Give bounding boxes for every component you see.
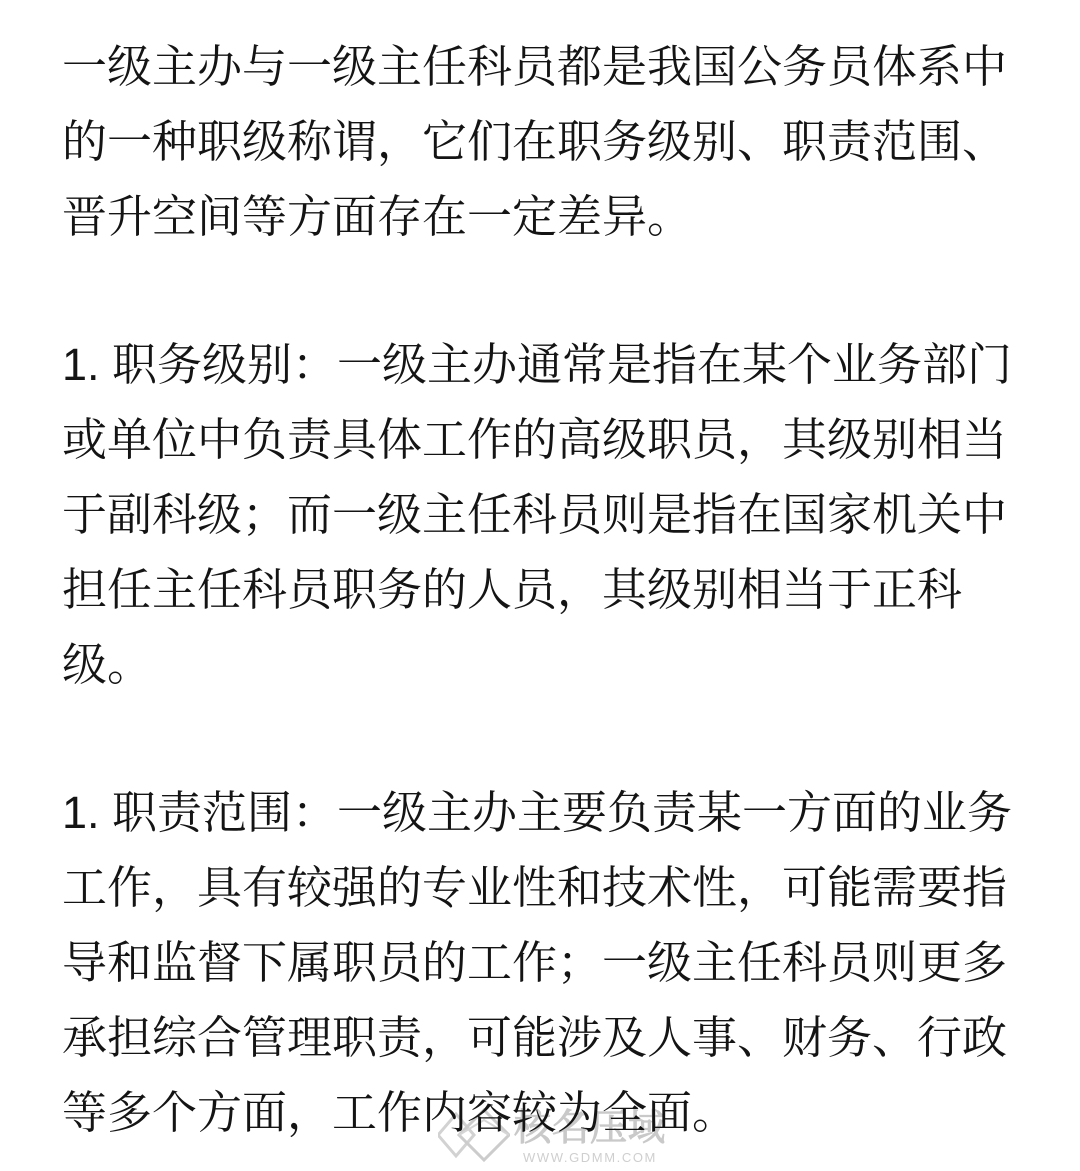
text-line: 担任主任科员职务的人员，其级别相当于正科	[62, 552, 1080, 627]
text-line: 的一种职级称谓，它们在职务级别、职责范围、	[62, 104, 1080, 179]
text-line: 一级主办与一级主任科员都是我国公务员体系中	[62, 29, 1080, 104]
text-line: 承担综合管理职责，可能涉及人事、财务、行政	[62, 1000, 1080, 1075]
page-background: 核名压域 WWW.GDMM.COM 一级主办与一级主任科员都是我国公务员体系中 …	[0, 0, 1080, 1171]
watermark-url: WWW.GDMM.COM	[523, 1151, 657, 1164]
text-line: 晋升空间等方面存在一定差异。	[62, 179, 1080, 254]
text-line: 或单位中负责具体工作的高级职员，其级别相当	[62, 402, 1080, 477]
text-line: 1. 职务级别：一级主办通常是指在某个业务部门	[62, 327, 1080, 402]
text-line: 等多个方面，工作内容较为全面。	[62, 1075, 1080, 1150]
text-line: 于副科级；而一级主任科员则是指在国家机关中	[62, 477, 1080, 552]
article-text: 一级主办与一级主任科员都是我国公务员体系中 的一种职级称谓，它们在职务级别、职责…	[62, 29, 1080, 1150]
text-line: 1. 职责范围：一级主办主要负责某一方面的业务	[62, 775, 1080, 850]
paragraph-job-level: 1. 职务级别：一级主办通常是指在某个业务部门 或单位中负责具体工作的高级职员，…	[62, 327, 1080, 702]
paragraph-intro: 一级主办与一级主任科员都是我国公务员体系中 的一种职级称谓，它们在职务级别、职责…	[62, 29, 1080, 254]
text-line: 导和监督下属职员的工作；一级主任科员则更多	[62, 925, 1080, 1000]
text-line: 级。	[62, 627, 1080, 702]
text-line: 工作，具有较强的专业性和技术性，可能需要指	[62, 850, 1080, 925]
paragraph-responsibility: 1. 职责范围：一级主办主要负责某一方面的业务 工作，具有较强的专业性和技术性，…	[62, 775, 1080, 1150]
